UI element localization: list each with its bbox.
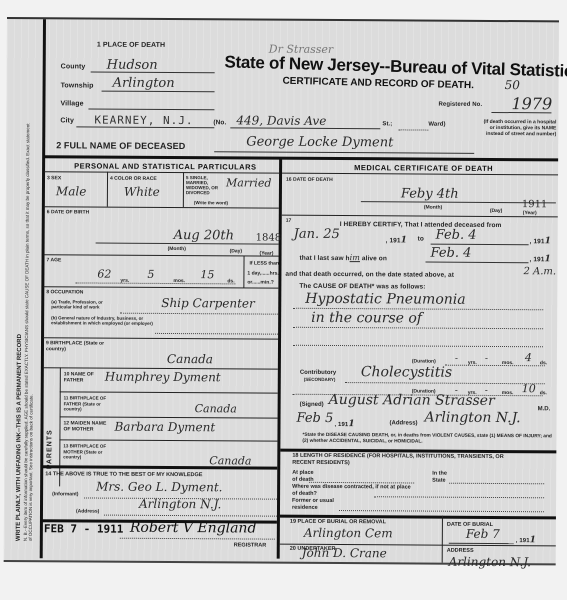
rule [42,465,277,469]
dod-year: 1911 [522,199,548,210]
rule [59,439,277,441]
registered-prefix: 50 [505,78,520,92]
year-digit: 1 [545,236,551,246]
age-years: 62 [97,268,111,281]
occupation-b-label: (b) General nature of Industry, business… [51,315,156,326]
cause-line1: Hypostatic Pneumonia [305,291,465,308]
secondary-label: (SECONDARY) [304,377,336,383]
last-saw-value: Feb. 4 [431,246,472,261]
duration2-ds-label: ds. [540,390,547,396]
dob-day-label: (Day) [230,248,243,254]
year-digit: 1 [348,419,354,429]
attended-from: Jan. 25 [294,227,340,242]
contributory-rule [345,382,545,384]
year-digit: 1 [401,235,407,245]
medical-header: MEDICAL CERTIFICATE OF DEATH [354,163,493,173]
year-prefix: 191 [338,422,348,428]
marital-label: 5 SINGLE, MARRIED, WIDOWED, OR DIVORCED [186,175,226,195]
mother-name-label: 12 MAIDEN NAME OF MOTHER [63,420,107,432]
occupation-label: 8 OCCUPATION [46,289,83,295]
sex-value: Male [56,184,86,198]
rule [183,172,184,207]
undertaker-address-value: Arlington N.J. [449,547,531,570]
attended-to: Feb. 4 [436,228,477,243]
county-value: Hudson [107,58,158,73]
village-label: Village [60,100,83,107]
occupation-b-line [155,333,278,335]
dod-month-label: (Month) [424,205,442,211]
contributory-label: Contributory [300,370,336,376]
signed-value: August Adrian Strasser [329,392,495,409]
attended-from-year: , 1911 [386,235,407,245]
street-value: 449, Davis Ave [236,113,326,128]
last-saw-text: that I last saw him alive on [300,253,387,263]
rule [43,286,278,288]
burial-value: Arlington Cem [304,526,393,541]
death-time: 2 A.m. [523,266,556,277]
informant-header: 14 THE ABOVE IS TRUE TO THE BEST OF MY K… [45,471,202,478]
cause-label: The CAUSE OF DEATH* was as follows: [299,283,425,291]
registrar-label: REGISTRAR [234,542,266,548]
place-of-death-header: 1 PLACE OF DEATH [97,42,165,49]
death-occurred-text: and that death occurred, on the date sta… [285,271,454,279]
signed-address-label: (Address) [390,420,418,426]
father-birthplace-value: Canada [195,402,237,415]
to-label: to [418,236,424,243]
ward-label: Ward) [428,122,445,128]
rule [107,172,108,207]
informant-label: (Informant) [52,491,78,497]
informant-value: Mrs. Geo L. Dyment. [96,480,222,495]
duration2-ds: 10 [522,382,536,395]
column-divider [277,159,282,559]
full-name-label: 2 FULL NAME OF DECEASED [56,140,185,151]
sex-label: 3 SEX [47,175,61,181]
date-of-death-label: 16 DATE OF DEATH [286,177,333,183]
occupation-a-line [120,313,278,315]
rule [43,337,278,339]
burial-label: 19 PLACE OF BURIAL OR REMOVAL [290,519,386,526]
last-saw-post: alive on [362,255,387,262]
contributory-value: Cholecystitis [361,364,452,381]
city-label: City [60,117,74,124]
marital-value: Married [226,176,272,189]
rule [282,173,558,176]
age-label: 7 AGE [46,257,61,263]
filed-stamp: FEB 7 - 1911 [44,522,124,535]
less-than-label: If LESS than [249,260,278,266]
parents-divider [59,367,61,486]
less-than-min: or......min.? [247,279,273,285]
village-line [88,108,214,110]
last-saw-year: , 1911 [529,254,550,264]
age-days: 15 [200,268,214,281]
duration1-rule [445,365,545,367]
cause-line2: in the course of [311,310,422,327]
cause-line3-rule [293,345,543,348]
informant-address-value: Arlington N.J. [139,497,221,512]
registered-no-label: Registered No. [438,102,482,108]
color-label: 4 COLOR OR RACE [110,176,157,182]
occupation-a-value: Ship Carpenter [161,296,255,311]
certify-text: I HEREBY CERTIFY, That I attended deceas… [340,221,502,229]
burial-year: , 1911 [516,535,536,545]
duration2-mos-label: mos. [502,390,514,396]
age-line [75,282,235,284]
duration1-ds: 4 [525,351,532,364]
contracted-line [374,496,544,498]
dob-year: 1848 [256,233,282,244]
duration1-mos: - [485,354,488,364]
signed-date: Feb 5 [297,411,334,426]
father-birthplace-label: 11 BIRTHPLACE OF FATHER (State or countr… [64,395,114,412]
rule [44,171,279,173]
undertaker-value: John D. Crane [302,546,387,561]
last-saw-pre: that I last saw h [300,255,350,262]
last-saw-line [426,262,529,264]
dob-month-label: (Month) [168,246,186,252]
full-name-line [214,151,474,154]
signed-year: , 1911 [334,419,354,429]
former-residence-line [339,510,544,512]
year-digit: 1 [530,535,536,545]
dob-value: Aug 20th [174,228,234,243]
dob-label: 6 DATE OF BIRTH [47,209,89,215]
side-margin: WRITE PLAINLY, WITH UNFADING INK--THIS I… [12,79,43,549]
header-rule [44,155,558,161]
birthplace-value: Canada [167,352,213,366]
attended-to-year: , 1911 [530,236,551,246]
signed-address-value: Arlington N.J. [425,410,521,427]
informant-address-line [104,515,277,517]
certify-num: 17 [286,218,292,224]
duration1-yrs: - [455,354,458,364]
father-name-value: Humphrey Dyment [105,370,221,385]
county-label: County [61,63,86,70]
former-residence-label: Former or usual residence [292,498,342,511]
in-state-line [449,483,544,485]
parents-label: PARENTS [46,429,53,469]
year-prefix: 191 [533,238,544,245]
date-of-death-value: Feby 4th [401,186,459,201]
marital-hint: (Write the word) [194,200,228,206]
residence-label: 18 LENGTH OF RESIDENCE (FOR HOSPITALS, I… [292,453,522,468]
cause-footnote: *State the DISEASE CAUSING DEATH, or, in… [302,433,552,447]
st-label: St.; [382,121,392,127]
registrar-signature: Robert V England [130,520,257,537]
burial-date-value: Feb 7 [466,527,500,541]
personal-header: PERSONAL AND STATISTICAL PARTICULARS [74,161,257,171]
hospital-note: (If death occurred in a hospital or inst… [480,119,556,137]
registrar-line [120,538,275,540]
mother-birthplace-label: 13 BIRTHPLACE OF MOTHER (State or countr… [63,443,113,460]
rule [442,516,443,563]
rule [243,255,244,287]
color-value: White [124,185,160,199]
township-value: Arlington [113,76,175,91]
rule [282,215,558,218]
dod-day-label: (Day) [490,208,503,214]
md-label: M.D. [538,406,551,412]
side-margin-text: WRITE PLAINLY, WITH UNFADING INK--THIS I… [16,71,36,541]
birthplace-label: 9 BIRTHPLACE (State or country) [46,340,106,352]
last-saw-him: im [350,253,360,262]
less-than-day: 1 day,......hrs. [247,270,278,276]
side-note: N. B.--Every item of information should … [23,121,36,541]
occupation-a-label: (a) Trade, Profession, or particular kin… [51,299,119,309]
township-label: Township [61,82,94,89]
rule [44,206,279,208]
cause-line2-rule [293,327,543,330]
registered-no-value: 1979 [511,94,552,113]
full-name-value: George Locke Dyment [246,134,393,150]
year-prefix: 191 [533,256,544,263]
ward-line [398,129,428,130]
year-digit: 1 [544,254,550,264]
father-name-label: 10 NAME OF FATHER [64,371,104,383]
year-prefix: 191 [389,237,400,244]
informant-address-label: (Address) [76,508,99,514]
signed-label: (Signed) [300,402,324,408]
death-certificate: WRITE PLAINLY, WITH UNFADING INK--THIS I… [4,17,559,565]
year-prefix: 191 [519,538,529,544]
city-value: KEARNEY, N.J. [94,114,193,128]
street-no-label: (No. [213,119,226,126]
rule [60,416,278,418]
age-months: 5 [147,268,154,281]
rule [60,391,278,393]
mother-name-value: Barbara Dyment [114,420,215,435]
